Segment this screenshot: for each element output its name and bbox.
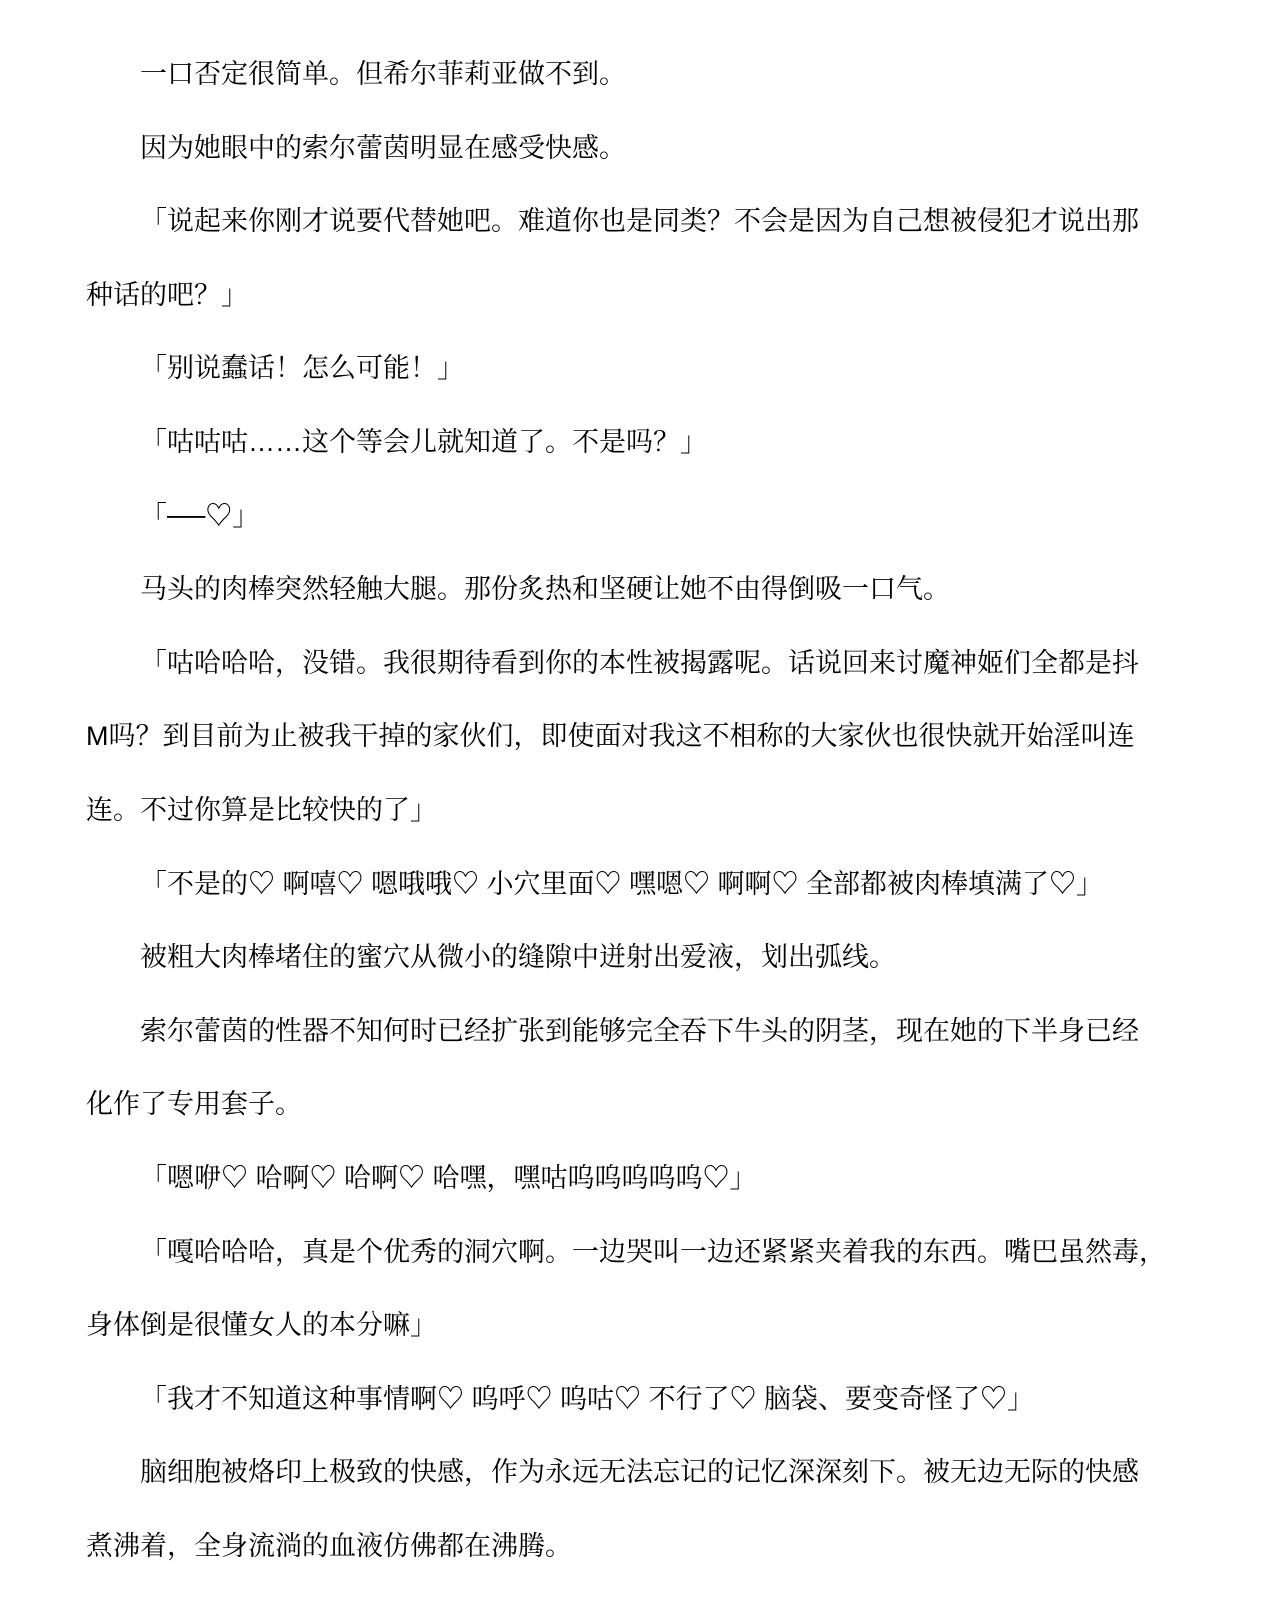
text-line: 化作了专用套子。 — [86, 1068, 1200, 1142]
text-line: 索尔蕾茵的性器不知何时已经扩张到能够完全吞下牛头的阴茎，现在她的下半身已经 — [86, 995, 1200, 1069]
text-line: M吗？到目前为止被我干掉的家伙们，即使面对我这不相称的大家伙也很快就开始淫叫连 — [86, 700, 1200, 774]
text-line: 「说起来你刚才说要代替她吧。难道你也是同类？不会是因为自己想被侵犯才说出那 — [86, 185, 1200, 259]
text-line: 身体倒是很懂女人的本分嘛」 — [86, 1289, 1200, 1363]
text-line: 因为她眼中的索尔蕾茵明显在感受快感。 — [86, 112, 1200, 186]
text-line: 「咕哈哈哈，没错。我很期待看到你的本性被揭露呢。话说回来讨魔神姬们全都是抖 — [86, 627, 1200, 701]
text-line: 种话的吧？」 — [86, 259, 1200, 333]
novel-page: 一口否定很简单。但希尔菲莉亚做不到。 因为她眼中的索尔蕾茵明显在感受快感。 「说… — [0, 0, 1280, 1624]
text-line: 「我才不知道这种事情啊♡ 呜呼♡ 呜咕♡ 不行了♡ 脑袋、要变奇怪了♡」 — [86, 1363, 1200, 1437]
text-line: 「别说蠢话！怎么可能！」 — [86, 332, 1200, 406]
text-block: 一口否定很简单。但希尔菲莉亚做不到。 因为她眼中的索尔蕾茵明显在感受快感。 「说… — [86, 38, 1200, 1583]
text-line: 连。不过你算是比较快的了」 — [86, 774, 1200, 848]
text-line: 「嗯咿♡ 哈啊♡ 哈啊♡ 哈嘿，嘿咕呜呜呜呜呜♡」 — [86, 1142, 1200, 1216]
text-line: 被粗大肉棒堵住的蜜穴从微小的缝隙中迸射出爱液，划出弧线。 — [86, 921, 1200, 995]
text-line: 「咕咕咕……这个等会儿就知道了。不是吗？」 — [86, 406, 1200, 480]
text-line: 煮沸着，全身流淌的血液仿佛都在沸腾。 — [86, 1510, 1200, 1584]
text-line: 「嘎哈哈哈，真是个优秀的洞穴啊。一边哭叫一边还紧紧夹着我的东西。嘴巴虽然毒， — [86, 1216, 1200, 1290]
text-line: 马头的肉棒突然轻触大腿。那份炙热和坚硬让她不由得倒吸一口气。 — [86, 553, 1200, 627]
text-line: 「──♡」 — [86, 480, 1200, 554]
text-line: 「不是的♡ 啊嘻♡ 嗯哦哦♡ 小穴里面♡ 嘿嗯♡ 啊啊♡ 全部都被肉棒填满了♡」 — [86, 848, 1200, 922]
text-line: 一口否定很简单。但希尔菲莉亚做不到。 — [86, 38, 1200, 112]
text-line: 脑细胞被烙印上极致的快感，作为永远无法忘记的记忆深深刻下。被无边无际的快感 — [86, 1436, 1200, 1510]
